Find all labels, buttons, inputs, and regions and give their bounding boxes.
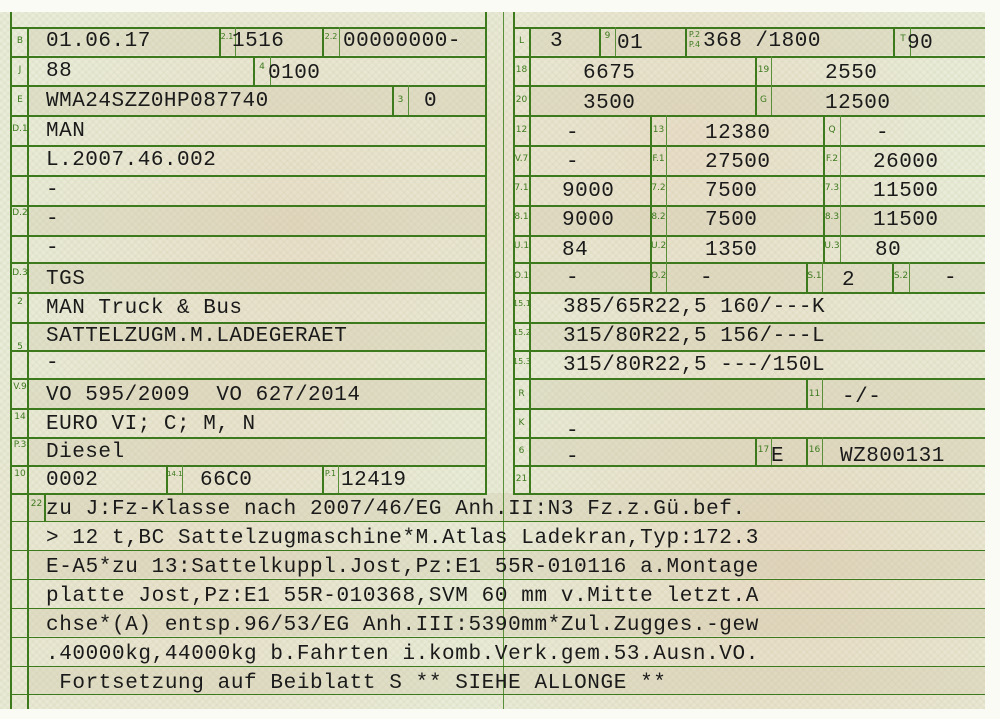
field-E-value: WMA24SZZ0HP087740 xyxy=(46,90,269,114)
field-15-3-value: 315/80R22,5 ---/150L xyxy=(563,354,825,378)
field-label-14: 14 xyxy=(13,412,27,422)
grid-line xyxy=(513,493,985,495)
field-J-value: 88 xyxy=(46,60,72,84)
grid-line xyxy=(10,145,487,147)
field-P3-value: Diesel xyxy=(46,441,125,465)
grid-line xyxy=(10,115,487,117)
field-20-value: 3500 xyxy=(583,92,635,116)
grid-line xyxy=(840,115,841,262)
grid-line xyxy=(10,175,487,177)
grid-line xyxy=(513,408,985,410)
grid-line xyxy=(513,205,985,207)
field-label-22: 22 xyxy=(29,499,44,509)
field-D2-value-3: - xyxy=(46,237,59,261)
field-U1-value: 84 xyxy=(562,239,588,263)
field-Q-value: - xyxy=(876,122,889,146)
row-shade xyxy=(530,262,985,292)
field-label-Q: Q xyxy=(824,125,840,135)
field-16-value: WZ800131 xyxy=(840,445,945,469)
field-10-value: 0002 xyxy=(46,469,98,493)
field-V9-value: VO 595/2009 VO 627/2014 xyxy=(46,384,360,408)
field-15-2-value: 315/80R22,5 156/---L xyxy=(563,325,825,349)
grid-line xyxy=(10,465,487,467)
grid-line xyxy=(338,465,339,493)
field-label-9: 9 xyxy=(600,31,615,41)
field-label-U1: U.1 xyxy=(513,241,530,251)
field-label-7-1: 7.1 xyxy=(513,183,530,193)
field-7-3-value: 11500 xyxy=(873,180,939,204)
field-label-8-1: 8.1 xyxy=(513,212,530,222)
field-2-1-value: 1516 xyxy=(232,30,284,54)
field-label-U3: U.3 xyxy=(824,241,840,251)
field-12-value: - xyxy=(566,122,579,146)
field-label-F1: F.1 xyxy=(651,154,666,164)
field-14-value: EURO VI; C; M, N xyxy=(46,413,256,437)
field-B-value: 01.06.17 xyxy=(46,30,151,54)
field-O2-value: - xyxy=(700,267,713,291)
field-label-8-3: 8.3 xyxy=(824,212,840,222)
row-shade xyxy=(530,378,985,408)
field-9-value: 01 xyxy=(617,32,643,56)
field-4-value: 0100 xyxy=(268,62,320,86)
field-label-P4: P.4 xyxy=(686,40,703,50)
row-shade xyxy=(28,205,485,235)
field-19-value: 2550 xyxy=(825,62,877,86)
grid-line xyxy=(513,56,985,58)
field-U3-value: 80 xyxy=(875,239,901,263)
field-V7-value: - xyxy=(566,151,579,175)
remarks-line: .40000kg,44000kg b.Fahrten i.komb.Verk.g… xyxy=(46,643,759,667)
grid-line xyxy=(513,235,985,237)
grid-line xyxy=(10,408,487,410)
field-label-3: 3 xyxy=(393,95,408,105)
field-label-K: K xyxy=(514,418,529,428)
grid-line xyxy=(513,175,985,177)
field-label-6: 6 xyxy=(514,446,529,456)
grid-line xyxy=(10,27,487,29)
field-label-16: 16 xyxy=(807,445,822,455)
field-label-B: B xyxy=(13,36,27,46)
grid-line xyxy=(513,350,985,352)
grid-line xyxy=(513,322,985,324)
field-13-value: 12380 xyxy=(705,122,771,146)
field-label-S2: S.2 xyxy=(893,271,909,281)
field-U2-value: 1350 xyxy=(705,239,757,263)
row-shade xyxy=(28,262,485,292)
grid-line xyxy=(771,56,772,115)
remarks-line: > 12 t,BC Sattelzugmaschine*M.Atlas Lade… xyxy=(46,527,759,551)
remarks-line: E-A5*zu 13:Sattelkuppl.Jost,Pz:E1 55R-01… xyxy=(46,556,759,580)
grid-line xyxy=(666,262,667,292)
grid-line xyxy=(10,378,487,380)
field-D1-value: MAN xyxy=(46,120,85,144)
field-8-3-value: 11500 xyxy=(873,209,939,233)
grid-line xyxy=(339,27,340,56)
field-label-F2: F.2 xyxy=(824,154,840,164)
grid-line xyxy=(10,292,487,294)
field-5-value: SATTELZUGM.M.LADEGERAET xyxy=(46,325,347,349)
field-label-15-3: 15.3 xyxy=(513,357,530,367)
grid-line xyxy=(10,235,487,237)
field-label-V9: V.9 xyxy=(11,382,29,392)
grid-line xyxy=(893,27,895,56)
field-label-7-2: 7.2 xyxy=(651,183,666,193)
grid-line xyxy=(822,437,823,465)
field-14-1-value: 66C0 xyxy=(200,469,252,493)
field-label-G: G xyxy=(756,95,771,105)
field-D3-value: TGS xyxy=(46,268,85,292)
remarks-line: zu J:Fz-Klasse nach 2007/46/EG Anh.II:N3… xyxy=(46,498,746,522)
field-L-value: 3 xyxy=(550,30,563,54)
field-label-J: J xyxy=(13,65,27,75)
field-label-O1: O.1 xyxy=(513,271,530,281)
field-label-15-1: 15.1 xyxy=(513,299,530,309)
grid-line xyxy=(666,115,667,262)
field-label-E: E xyxy=(13,95,27,105)
grid-line xyxy=(513,437,985,439)
field-P2-P4-value: 368 /1800 xyxy=(703,30,821,54)
field-6-value: - xyxy=(566,446,579,470)
field-label-20: 20 xyxy=(514,95,529,105)
field-O1-value: - xyxy=(566,267,579,291)
field-2-value: MAN Truck & Bus xyxy=(46,297,243,321)
field-label-5: 5 xyxy=(13,342,27,352)
field-label-15-2: 15.2 xyxy=(513,328,530,338)
field-17-value: E xyxy=(771,445,784,469)
field-F2-value: 26000 xyxy=(873,151,939,175)
grid-line xyxy=(909,262,910,292)
field-T-value: 90 xyxy=(907,32,933,56)
field-label-14-1: 14.1 xyxy=(167,469,182,479)
remarks-line: Fortsetzung auf Beiblatt S ** SIEHE ALLO… xyxy=(46,672,667,696)
grid-line xyxy=(513,27,985,29)
field-label-L: L xyxy=(514,36,529,46)
grid-line xyxy=(10,493,487,495)
field-D1-value-2: L.2007.46.002 xyxy=(46,149,216,173)
field-label-17: 17 xyxy=(756,445,771,455)
field-5-value-2: - xyxy=(46,352,59,376)
grid-line xyxy=(513,378,985,380)
field-K-value: - xyxy=(566,420,579,444)
field-label-P2: P.2 xyxy=(686,30,703,40)
grid-line xyxy=(10,322,487,324)
field-3-value: 0 xyxy=(424,90,437,114)
field-label-D1: D.1 xyxy=(11,124,29,134)
field-label-S1: S.1 xyxy=(807,271,822,281)
field-F1-value: 27500 xyxy=(705,151,771,175)
field-label-10: 10 xyxy=(13,469,27,479)
field-label-12: 12 xyxy=(514,125,529,135)
field-8-1-value: 9000 xyxy=(562,209,614,233)
field-18-value: 6675 xyxy=(583,62,635,86)
field-G-value: 12500 xyxy=(825,92,891,116)
field-15-1-value: 385/65R22,5 160/---K xyxy=(563,296,825,320)
grid-line xyxy=(10,85,487,87)
field-label-D2: D.2 xyxy=(11,208,29,218)
field-label-2-2: 2.2 xyxy=(323,32,339,42)
field-D2-value-2: - xyxy=(46,208,59,232)
registration-document: B 01.06.17 2.1 1516 2.2 00000000- J 88 4… xyxy=(0,12,985,709)
field-7-2-value: 7500 xyxy=(705,180,757,204)
grid-line xyxy=(10,56,487,58)
field-label-O2: O.2 xyxy=(651,271,666,281)
field-label-21: 21 xyxy=(514,474,529,484)
remarks-line: platte Jost,Pz:E1 55R-010368,SVM 60 mm v… xyxy=(46,585,759,609)
grid-line xyxy=(10,205,487,207)
grid-line xyxy=(822,262,823,292)
grid-line xyxy=(10,262,487,264)
grid-line xyxy=(513,292,985,294)
field-label-D3: D.3 xyxy=(11,268,29,278)
field-S2-value: - xyxy=(944,267,957,291)
field-2-2-value: 00000000- xyxy=(343,30,461,54)
field-P1-value: 12419 xyxy=(341,469,407,493)
field-label-11: 11 xyxy=(807,389,822,399)
grid-line xyxy=(10,437,487,439)
grid-line xyxy=(529,27,531,493)
field-label-U2: U.2 xyxy=(651,241,666,251)
field-label-13: 13 xyxy=(651,125,666,135)
field-label-P3: P.3 xyxy=(11,440,29,450)
field-8-2-value: 7500 xyxy=(705,209,757,233)
field-label-V7: V.7 xyxy=(513,154,530,164)
field-label-P1: P.1 xyxy=(323,469,338,479)
field-label-R: R xyxy=(514,389,529,399)
grid-line xyxy=(10,350,487,352)
field-7-1-value: 9000 xyxy=(562,180,614,204)
field-label-8-2: 8.2 xyxy=(651,212,666,222)
field-11-value: -/- xyxy=(842,386,881,410)
remarks-line: chse*(A) entsp.96/53/EG Anh.III:5390mm*Z… xyxy=(46,614,759,638)
grid-line xyxy=(615,27,616,56)
field-S1-value: 2 xyxy=(842,269,855,293)
field-label-7-3: 7.3 xyxy=(824,183,840,193)
field-label-2: 2 xyxy=(13,297,27,307)
grid-line xyxy=(408,85,409,115)
field-label-18: 18 xyxy=(514,65,529,75)
grid-line xyxy=(822,378,823,408)
field-label-19: 19 xyxy=(756,65,771,75)
field-D2-value-1: - xyxy=(46,179,59,203)
